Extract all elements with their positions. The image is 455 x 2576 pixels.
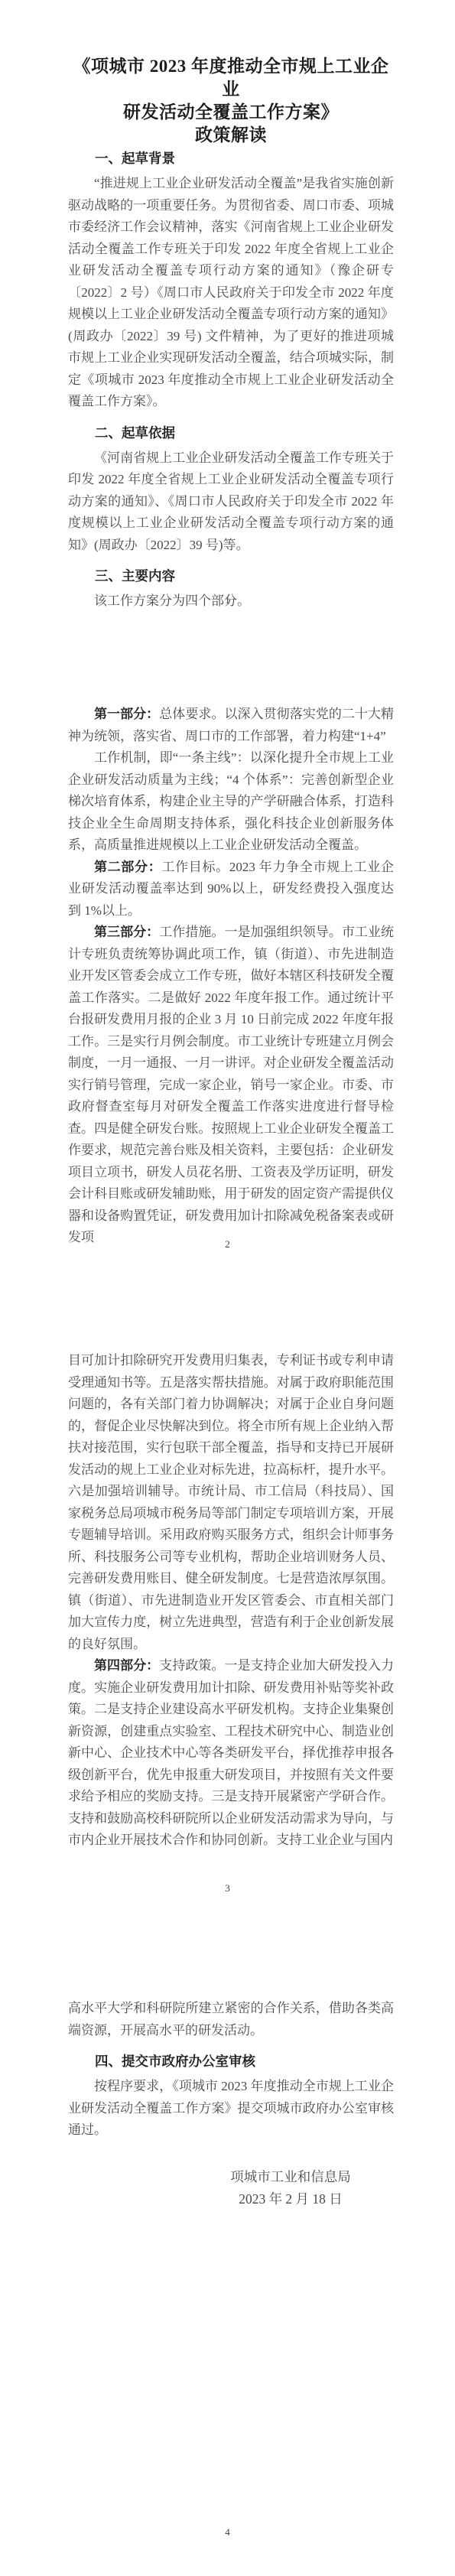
paragraph-part3: 第三部分：工作措施。一是加强组织领导。市工业统计专班负责统筹协调此项工作，镇（街…	[68, 922, 394, 1249]
page-1: 《项城市 2023 年度推动全市规上工业企业 研发活动全覆盖工作方案》 政策解读…	[0, 0, 455, 644]
page-number-1: 1	[0, 594, 455, 607]
page-1-content: 《项城市 2023 年度推动全市规上工业企业 研发活动全覆盖工作方案》 政策解读…	[68, 55, 394, 613]
paragraph-submit: 按程序要求，《项城市 2023 年度推动全市规上工业企业研发活动全覆盖工作方案》…	[68, 2076, 394, 2142]
section-heading-submit: 四、提交市政府办公室审核	[68, 2052, 394, 2071]
policy-document: 《项城市 2023 年度推动全市规上工业企业 研发活动全覆盖工作方案》 政策解读…	[0, 0, 455, 2576]
issuing-agency: 项城市工业和信息局	[199, 2166, 382, 2188]
page-2: 第一部分：总体要求。以深入贯彻落实党的二十大精神为统领，落实省、周口市的工作部署…	[0, 644, 455, 1288]
part3-label: 第三部分：	[94, 925, 159, 939]
section-heading-background: 一、起草背景	[68, 149, 394, 168]
part1-label: 第一部分：	[94, 707, 159, 721]
paragraph-background: “推进规上工业企业研发活动全覆盖”是我省实施创新驱动战略的一项重要任务。为贯彻省…	[68, 173, 394, 413]
title-line-1: 《项城市 2023 年度推动全市规上工业企业	[68, 55, 394, 101]
page-number-2: 2	[0, 1238, 455, 1251]
paragraph-mechanism: 工作机制，即“一条主线”：以深化提升全市规上工业企业研发活动质量为主线；“4 个…	[68, 747, 394, 857]
document-title: 《项城市 2023 年度推动全市规上工业企业 研发活动全覆盖工作方案》 政策解读	[68, 55, 394, 147]
issue-date: 2023 年 2 月 18 日	[199, 2188, 382, 2210]
paragraph-part4-continued: 高水平大学和科研院所建立紧密的合作关系，借助各类高端资源，开展高水平的研发活动。	[68, 1998, 394, 2041]
part4-text: 支持政策。一是支持企业加大研发投入力度。实施企业研发费用加计扣除、研发费用补贴等…	[68, 1658, 394, 1847]
paragraph-basis: 《河南省规上工业企业研发活动全覆盖工作专班关于印发 2022 年度全省规上工业企…	[68, 447, 394, 557]
paragraph-part2: 第二部分：工作目标。2023 年力争全市规上工业企业研发活动覆盖率达到 90%以…	[68, 857, 394, 922]
part4-label: 第四部分：	[94, 1658, 159, 1673]
page-number-3: 3	[0, 1882, 455, 1895]
page-3-content: 目可加计扣除研究开发费用归集表，专利证书或专利申请受理通知书等。五是落实帮扶措施…	[68, 1350, 394, 1852]
part2-label: 第二部分：	[94, 860, 161, 874]
paragraph-part4: 第四部分：支持政策。一是支持企业加大研发投入力度。实施企业研发费用加计扣除、研发…	[68, 1655, 394, 1852]
paragraph-part3-continued: 目可加计扣除研究开发费用归集表，专利证书或专利申请受理通知书等。五是落实帮扶措施…	[68, 1350, 394, 1655]
paragraph-part1: 第一部分：总体要求。以深入贯彻落实党的二十大精神为统领，落实省、周口市的工作部署…	[68, 704, 394, 747]
section-heading-basis: 二、起草依据	[68, 424, 394, 443]
page-4-content: 高水平大学和科研院所建立紧密的合作关系，借助各类高端资源，开展高水平的研发活动。…	[68, 1998, 394, 2142]
signature-block: 项城市工业和信息局 2023 年 2 月 18 日	[199, 2166, 382, 2210]
page-4: 高水平大学和科研院所建立紧密的合作关系，借助各类高端资源，开展高水平的研发活动。…	[0, 1932, 455, 2576]
part3-text: 工作措施。一是加强组织领导。市工业统计专班负责统筹协调此项工作，镇（街道）、市先…	[68, 925, 394, 1244]
title-line-2: 研发活动全覆盖工作方案》	[68, 101, 394, 124]
section-heading-main-content: 三、主要内容	[68, 567, 394, 586]
title-subtitle: 政策解读	[68, 124, 394, 147]
page-3: 目可加计扣除研究开发费用归集表，专利证书或专利申请受理通知书等。五是落实帮扶措施…	[0, 1288, 455, 1932]
page-number-4: 4	[0, 2526, 455, 2539]
page-2-content: 第一部分：总体要求。以深入贯彻落实党的二十大精神为统领，落实省、周口市的工作部署…	[68, 704, 394, 1249]
